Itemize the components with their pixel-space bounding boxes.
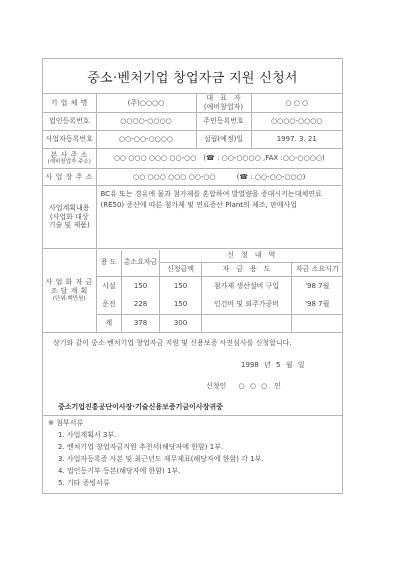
attachment-item: 1. 사업계획서 3부. <box>58 429 264 441</box>
application-statement: 상기와 같이 중소·벤처기업 창업자금 지원 및 신용보증 사전심사를 신청합니… <box>43 332 342 416</box>
fund-use: 운전 <box>97 296 122 315</box>
fund-row: 운전 228 150 인건비 및 외주가공비 '98 7월 <box>97 296 343 315</box>
row-reg-numbers: 법인등록번호 ○○○○-○○○○ 주민등록번호 ○○○○-○○○○ <box>43 113 342 131</box>
corp-reg-no-label: 법인등록번호 <box>43 113 96 131</box>
company-name-label: 기 업 체 명 <box>43 94 96 113</box>
use-header: 용 도 <box>97 250 122 277</box>
hq-address-value[interactable]: ○○ ○○○ ○○○ ○○-○○ (☎ : ○○-○○○○ ,FAX :○○-○… <box>96 149 342 169</box>
fund-use: 시설 <box>97 277 122 296</box>
fund-sum-total[interactable]: 378 <box>122 315 160 332</box>
fund-applied[interactable]: 150 <box>160 296 202 315</box>
biz-reg-no-label: 사업자등록번호 <box>43 131 96 149</box>
attachment-item: 5. 기타 증빙서류 <box>58 477 264 489</box>
total-header: 총소요자금 <box>122 250 160 277</box>
fund-use-header: 자 금 용 도 <box>202 263 292 277</box>
hq-address-sublabel: (예비창업자 주소) <box>43 159 96 166</box>
fund-sum-purpose <box>202 315 292 332</box>
attachments-list: 1. 사업계획서 3부. 2. 벤처기업 창업자금지원 추천서(해당자에 한함)… <box>58 429 264 489</box>
row-biz-reg: 사업자등록번호 ○○-○○-○○○○ 설립(예정)일 1997. 3. 21 <box>43 131 342 149</box>
business-plan-value[interactable]: BC유 또는 경유에 물과 첨가제를 혼합하여 발열량을 증대시키는대체연료(R… <box>96 186 342 249</box>
hq-address-label: 본 사 주 소 (예비창업자 주소) <box>43 149 96 169</box>
business-plan-label-line: 사업계획내용 <box>43 204 96 213</box>
fund-header-row: 용 도 총소요자금 신 청 내 역 <box>97 250 343 263</box>
attachments-heading: ※ 첨부서류 <box>48 418 83 428</box>
founding-date-label: 설립(예정)일 <box>196 131 251 149</box>
attachment-item: 2. 벤처기업 창업자금지원 추천서(해당자에 한함) 1부. <box>58 441 264 453</box>
fund-sum-timing <box>292 315 343 332</box>
fund-applied[interactable]: 150 <box>160 277 202 296</box>
representative-sublabel: (예비창업자) <box>197 103 251 112</box>
statement-text: 상기와 같이 중소·벤처기업 창업자금 지원 및 신용보증 사전심사를 신청합니… <box>53 338 292 348</box>
applied-amount-header: 신청금액 <box>160 263 202 277</box>
row-company: 기 업 체 명 (주)○○○○ 대 표 자 (예비창업자) ○ ○ ○ <box>43 94 342 113</box>
timing-header: 자금 소요시기 <box>292 263 343 277</box>
representative-label: 대 표 자 (예비창업자) <box>196 94 251 113</box>
corp-reg-no-value[interactable]: ○○○○-○○○○ <box>96 113 196 131</box>
fund-plan-cell: 용 도 총소요자금 신 청 내 역 신청금액 자 금 용 도 자금 소요시기 시… <box>96 249 342 333</box>
applicant-info-table: 기 업 체 명 (주)○○○○ 대 표 자 (예비창업자) ○ ○ ○ 법인등록… <box>43 93 342 333</box>
fund-total[interactable]: 228 <box>122 296 160 315</box>
application-date[interactable]: 1998 년 5 월 일 <box>241 360 304 370</box>
founding-date-value[interactable]: 1997. 3. 21 <box>251 131 342 149</box>
application-form: 중소·벤처기업 창업자금 지원 신청서 기 업 체 명 (주)○○○○ 대 표 … <box>42 58 343 494</box>
site-address-value[interactable]: ○○ ○○○ ○○○ ○○-○○ (☎ : ○○-○○-○○○) <box>96 169 342 186</box>
fund-sum-applied[interactable]: 300 <box>160 315 202 332</box>
resident-no-label: 주민등록번호 <box>196 113 251 131</box>
fund-plan-label: 사 업 화 자 금 조 달 계 획 (단위:백만원) <box>43 249 96 333</box>
business-plan-label-line: 기술 및 제품) <box>43 221 96 230</box>
row-site-address: 사 업 장 주 소 ○○ ○○○ ○○○ ○○-○○ (☎ : ○○-○○-○○… <box>43 169 342 186</box>
fund-timing[interactable]: '98 7월 <box>292 277 343 296</box>
fund-sum-label: 계 <box>97 315 122 332</box>
form-title: 중소·벤처기업 창업자금 지원 신청서 <box>43 59 342 94</box>
applicant-signature[interactable]: 신청인 ○ ○ ○ 인 <box>206 381 281 391</box>
fund-plan-unit: (단위:백만원) <box>43 296 96 303</box>
fund-plan-label-line: 사 업 화 자 금 <box>43 278 96 287</box>
row-fund-plan: 사 업 화 자 금 조 달 계 획 (단위:백만원) 용 도 총소요자금 신 청… <box>43 249 342 333</box>
company-name-value[interactable]: (주)○○○○ <box>96 94 196 113</box>
fund-purpose[interactable]: 인건비 및 외주가공비 <box>202 296 292 315</box>
business-plan-label: 사업계획내용 (사업화 대상 기술 및 제품) <box>43 186 96 249</box>
representative-label-text: 대 표 자 <box>197 94 251 103</box>
attachment-item: 4. 법인등기부 등본(해당자에 한함) 1부. <box>58 465 264 477</box>
fund-plan-table: 용 도 총소요자금 신 청 내 역 신청금액 자 금 용 도 자금 소요시기 시… <box>97 250 343 332</box>
fund-plan-label-line: 조 달 계 획 <box>43 287 96 296</box>
fund-row: 시설 150 150 첨가제 생산설비 구입 '98 7월 <box>97 277 343 296</box>
biz-reg-no-value[interactable]: ○○-○○-○○○○ <box>96 131 196 149</box>
site-address-label: 사 업 장 주 소 <box>43 169 96 186</box>
fund-timing[interactable]: '98 7월 <box>292 296 343 315</box>
recipient: 중소기업진흥공단이사장·기술신용보증기금이사장귀중 <box>58 402 223 412</box>
application-group-header: 신 청 내 역 <box>160 250 343 263</box>
resident-no-value[interactable]: ○○○○-○○○○ <box>251 113 342 131</box>
fund-total[interactable]: 150 <box>122 277 160 296</box>
representative-value[interactable]: ○ ○ ○ <box>251 94 342 113</box>
fund-sum-row: 계 378 300 <box>97 315 343 332</box>
attachment-item: 3. 사업자등록증 사본 및 최근년도 재무제표(해당자에 한함) 각 1부. <box>58 453 264 465</box>
row-business-plan: 사업계획내용 (사업화 대상 기술 및 제품) BC유 또는 경유에 물과 첨가… <box>43 186 342 249</box>
fund-purpose[interactable]: 첨가제 생산설비 구입 <box>202 277 292 296</box>
row-hq-address: 본 사 주 소 (예비창업자 주소) ○○ ○○○ ○○○ ○○-○○ (☎ :… <box>43 149 342 169</box>
